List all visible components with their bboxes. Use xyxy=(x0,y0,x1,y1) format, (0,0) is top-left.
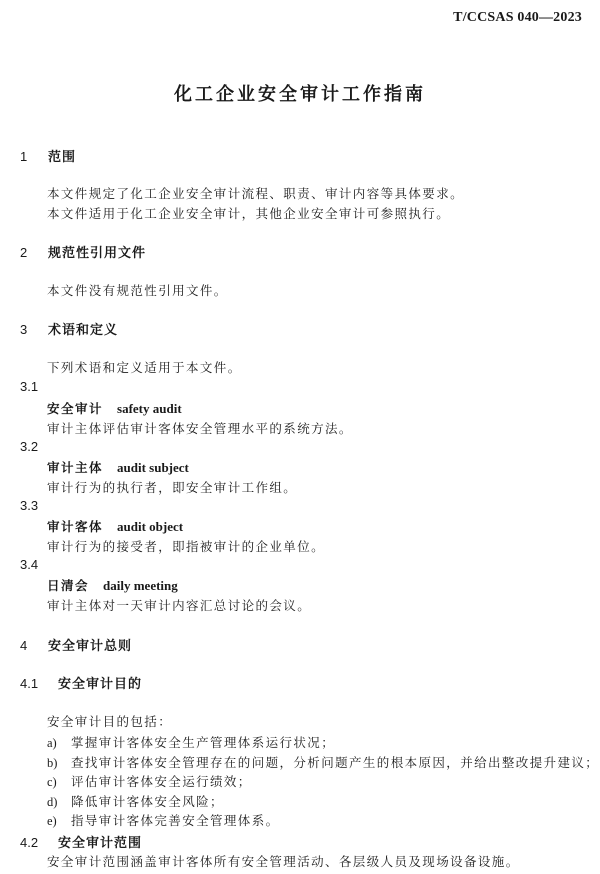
section-number: 4 xyxy=(0,638,48,653)
standard-code: T/CCSAS 040—2023 xyxy=(453,10,582,26)
list-marker: e) xyxy=(47,814,71,829)
term-definition: 审计主体对一天审计内容汇总讨论的会议。 xyxy=(47,596,311,614)
term-heading: 审计主体audit subject xyxy=(47,458,189,476)
term-definition: 审计主体评估审计客体安全管理水平的系统方法。 xyxy=(47,419,353,437)
section-2-paragraph-1: 本文件没有规范性引用文件。 xyxy=(47,281,228,299)
section-title: 范围 xyxy=(48,150,76,165)
section-title: 安全审计范围 xyxy=(58,836,142,851)
list-text: 评估审计客体安全运行绩效； xyxy=(71,774,252,789)
document-title: 化工企业安全审计工作指南 xyxy=(0,80,600,106)
section-4-2-heading: 4.2安全审计范围 xyxy=(0,832,142,851)
section-3-intro: 下列术语和定义适用于本文件。 xyxy=(47,358,242,376)
section-number: 4.2 xyxy=(0,835,58,850)
term-heading: 安全审计safety audit xyxy=(47,399,182,417)
list-marker: c) xyxy=(47,775,71,790)
section-1-paragraph-2: 本文件适用于化工企业安全审计，其他企业安全审计可参照执行。 xyxy=(47,204,450,222)
section-4-2-paragraph-1: 安全审计范围涵盖审计客体所有安全管理活动、各层级人员及现场设备设施。 xyxy=(47,852,520,870)
list-item: c)评估审计客体安全运行绩效； xyxy=(47,772,252,790)
list-marker: d) xyxy=(47,795,71,810)
term-zh: 审计主体 xyxy=(47,460,103,475)
list-marker: b) xyxy=(47,756,71,771)
term-number: 3.1 xyxy=(20,379,38,394)
term-en: audit subject xyxy=(117,460,189,475)
term-zh: 日清会 xyxy=(47,578,89,593)
section-title: 规范性引用文件 xyxy=(48,246,146,261)
term-heading: 审计客体audit object xyxy=(47,517,183,535)
term-number: 3.4 xyxy=(20,557,38,572)
term-en: audit object xyxy=(117,519,183,534)
section-4-1-heading: 4.1安全审计目的 xyxy=(0,673,142,692)
term-zh: 审计客体 xyxy=(47,519,103,534)
list-text: 掌握审计客体安全生产管理体系运行状况； xyxy=(71,735,335,750)
section-2-heading: 2规范性引用文件 xyxy=(0,242,146,261)
term-zh: 安全审计 xyxy=(47,401,103,416)
term-en: safety audit xyxy=(117,401,182,416)
section-number: 4.1 xyxy=(0,676,58,691)
list-item: b)查找审计客体安全管理存在的问题，分析问题产生的根本原因，并给出整改提升建议； xyxy=(47,753,599,771)
list-item: d)降低审计客体安全风险； xyxy=(47,792,224,810)
section-number: 1 xyxy=(0,149,48,164)
list-text: 降低审计客体安全风险； xyxy=(71,794,224,809)
section-number: 2 xyxy=(0,245,48,260)
term-heading: 日清会daily meeting xyxy=(47,576,178,594)
term-number: 3.3 xyxy=(20,498,38,513)
section-1-paragraph-1: 本文件规定了化工企业安全审计流程、职责、审计内容等具体要求。 xyxy=(47,184,464,202)
section-number: 3 xyxy=(0,322,48,337)
list-text: 查找审计客体安全管理存在的问题，分析问题产生的根本原因，并给出整改提升建议； xyxy=(71,755,599,770)
list-item: a)掌握审计客体安全生产管理体系运行状况； xyxy=(47,733,335,751)
section-1-heading: 1范围 xyxy=(0,146,76,165)
section-title: 术语和定义 xyxy=(48,323,118,338)
section-3-heading: 3术语和定义 xyxy=(0,319,118,338)
term-definition: 审计行为的执行者，即安全审计工作组。 xyxy=(47,478,297,496)
section-4-heading: 4安全审计总则 xyxy=(0,635,132,654)
section-4-1-intro: 安全审计目的包括： xyxy=(47,712,172,730)
list-text: 指导审计客体完善安全管理体系。 xyxy=(71,813,280,828)
list-marker: a) xyxy=(47,736,71,751)
section-title: 安全审计总则 xyxy=(48,639,132,654)
term-number: 3.2 xyxy=(20,439,38,454)
list-item: e)指导审计客体完善安全管理体系。 xyxy=(47,811,280,829)
section-title: 安全审计目的 xyxy=(58,677,142,692)
term-definition: 审计行为的接受者，即指被审计的企业单位。 xyxy=(47,537,325,555)
term-en: daily meeting xyxy=(103,578,178,593)
